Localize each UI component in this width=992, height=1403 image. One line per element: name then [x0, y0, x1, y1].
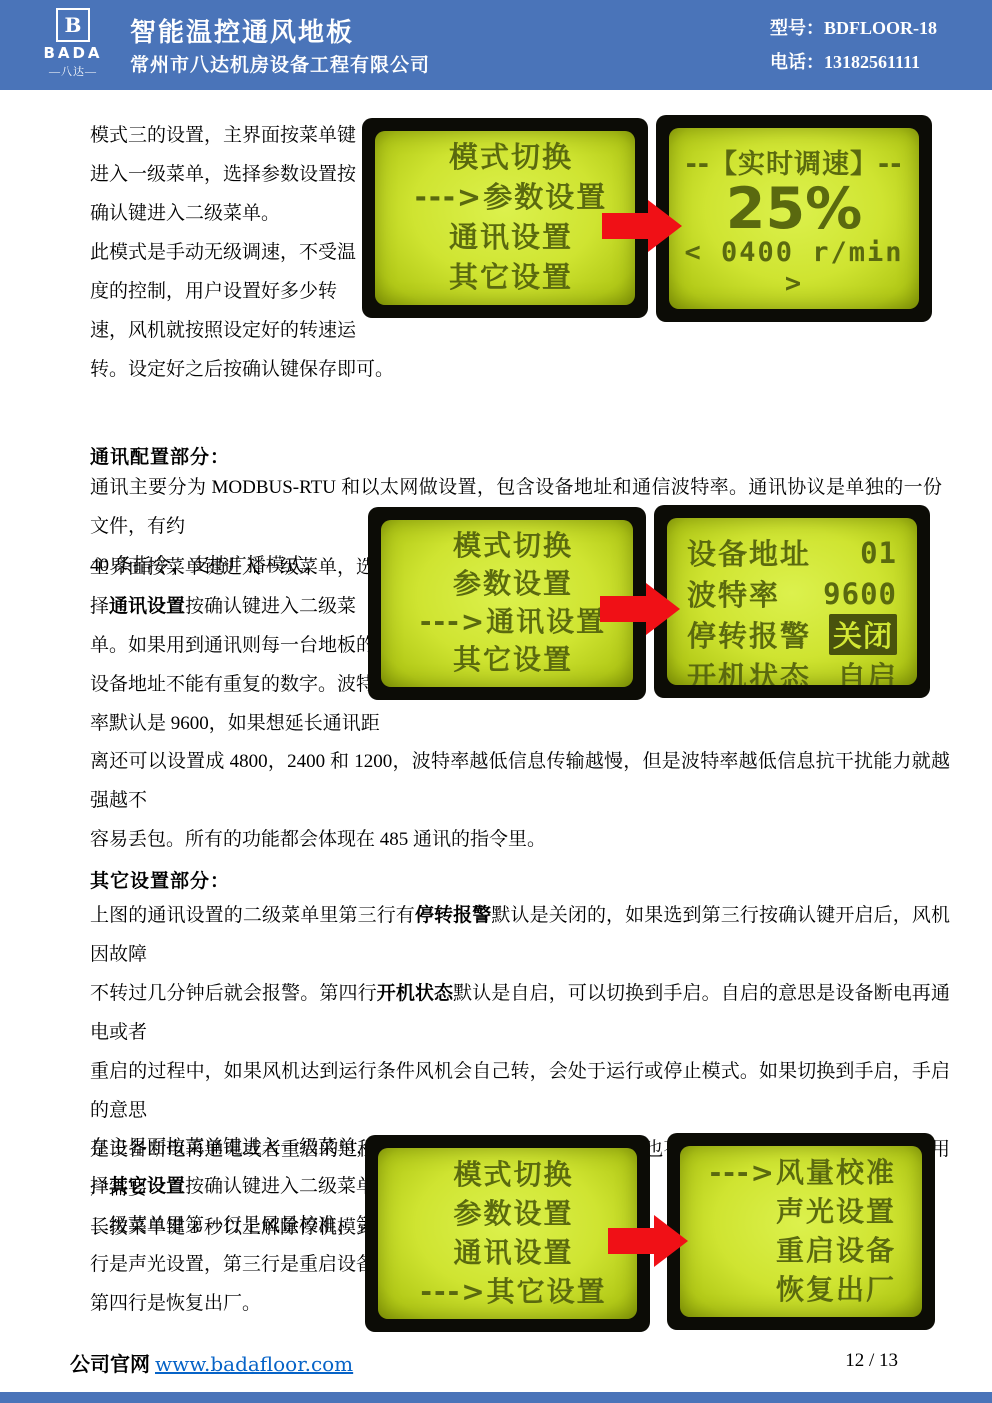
menu-line-selected: --->参数设置	[399, 177, 623, 217]
menu-line: 模式切换	[402, 1155, 625, 1194]
menu-line: 模式切换	[399, 137, 623, 177]
last-bold: 其它设置	[109, 1176, 185, 1197]
red-arrow-icon	[608, 1215, 688, 1267]
comm-section-heading: 通讯配置部分：	[90, 442, 230, 469]
menu-line: 恢复出厂	[704, 1270, 896, 1309]
setting-value: 自启	[837, 655, 897, 685]
setting-value: 01	[860, 536, 897, 570]
menu-line: 声光设置	[704, 1192, 896, 1231]
lcd-setting-row: 停转报警 关闭	[687, 614, 897, 655]
menu-line: 参数设置	[402, 1194, 625, 1233]
menu-line-selected: --->风量校准	[704, 1153, 896, 1192]
setting-label: 设备地址	[687, 532, 811, 573]
logo-letter: B	[65, 13, 82, 37]
other-bold-powerstate: 开机状态	[377, 983, 453, 1004]
lcd-comm-settings: 设备地址 01 波特率 9600 停转报警 关闭 开机状态 自启	[654, 505, 930, 698]
lcd-speed-value: 25%	[677, 181, 911, 237]
setting-value-inverted: 关闭	[829, 614, 897, 655]
website-label: 公司官网	[70, 1354, 155, 1376]
logo-name: BADA	[28, 44, 118, 62]
setting-label: 开机状态	[687, 655, 811, 685]
company-logo: B BADA —八达—	[28, 4, 118, 79]
other-bold-alarm: 停转报警	[415, 905, 491, 926]
menu-line: 通讯设置	[402, 1233, 625, 1272]
logo-mark-icon: B	[56, 8, 90, 42]
other-section-heading: 其它设置部分：	[90, 866, 230, 893]
lcd-setting-row: 波特率 9600	[687, 573, 897, 614]
lcd-realtime-speed: --【实时调速】-- 25% < 0400 r/min >	[656, 115, 932, 322]
footer: 公司官网 www.badafloor.com	[70, 1348, 353, 1377]
menu-line: 重启设备	[704, 1231, 896, 1270]
comm-full-paragraph: 离还可以设置成 4800，2400 和 1200，波特率越低信息传输越慢，但是波…	[90, 742, 950, 859]
menu-line-selected: --->其它设置	[402, 1272, 625, 1311]
menu-line: 其它设置	[399, 257, 623, 297]
lcd-speed-rpm: < 0400 r/min >	[677, 237, 911, 299]
header: B BADA —八达— 智能温控通风地板 常州市八达机房设备工程有限公司 型号：…	[0, 0, 992, 90]
lcd-other-settings: --->风量校准 声光设置 重启设备 恢复出厂	[667, 1133, 935, 1330]
red-arrow-icon	[602, 200, 682, 252]
page-number: 12 / 13	[845, 1350, 898, 1372]
menu-line: 其它设置	[405, 641, 621, 679]
menu-line: 参数设置	[405, 565, 621, 603]
company-name: 常州市八达机房设备工程有限公司	[130, 50, 430, 77]
setting-label: 停转报警	[687, 614, 811, 655]
menu-line: 模式切换	[405, 527, 621, 565]
menu-line-selected: --->通讯设置	[405, 603, 621, 641]
red-arrow-icon	[600, 583, 680, 635]
setting-value: 9600	[823, 577, 897, 611]
comm-left-bold: 通讯设置	[109, 596, 185, 617]
website-link[interactable]: www.badafloor.com	[155, 1352, 353, 1376]
setting-label: 波特率	[687, 573, 780, 614]
lcd-setting-row: 开机状态 自启	[687, 655, 897, 685]
menu-line: 通讯设置	[399, 217, 623, 257]
lcd-setting-row: 设备地址 01	[687, 532, 897, 573]
manual-page: B BADA —八达— 智能温控通风地板 常州市八达机房设备工程有限公司 型号：…	[0, 0, 992, 1403]
phone-number: 电话：13182561111	[770, 48, 920, 74]
model-number: 型号：BDFLOOR-18	[770, 14, 937, 40]
logo-chinese-name: —八达—	[28, 63, 118, 79]
lcd-pair-other: 模式切换 参数设置 通讯设置 --->其它设置 --->风量校准 声光设置 重启…	[365, 1133, 935, 1333]
document-title: 智能温控通风地板	[130, 12, 354, 49]
lcd-pair-mode3: 模式切换 --->参数设置 通讯设置 其它设置 --【实时调速】-- 25% <…	[362, 115, 932, 330]
lcd-pair-comm: 模式切换 参数设置 --->通讯设置 其它设置 设备地址 01 波特率 9600	[368, 505, 930, 703]
other-pre: 上图的通讯设置的二级菜单里第三行有	[90, 905, 415, 926]
bottom-blue-bar	[0, 1392, 992, 1403]
